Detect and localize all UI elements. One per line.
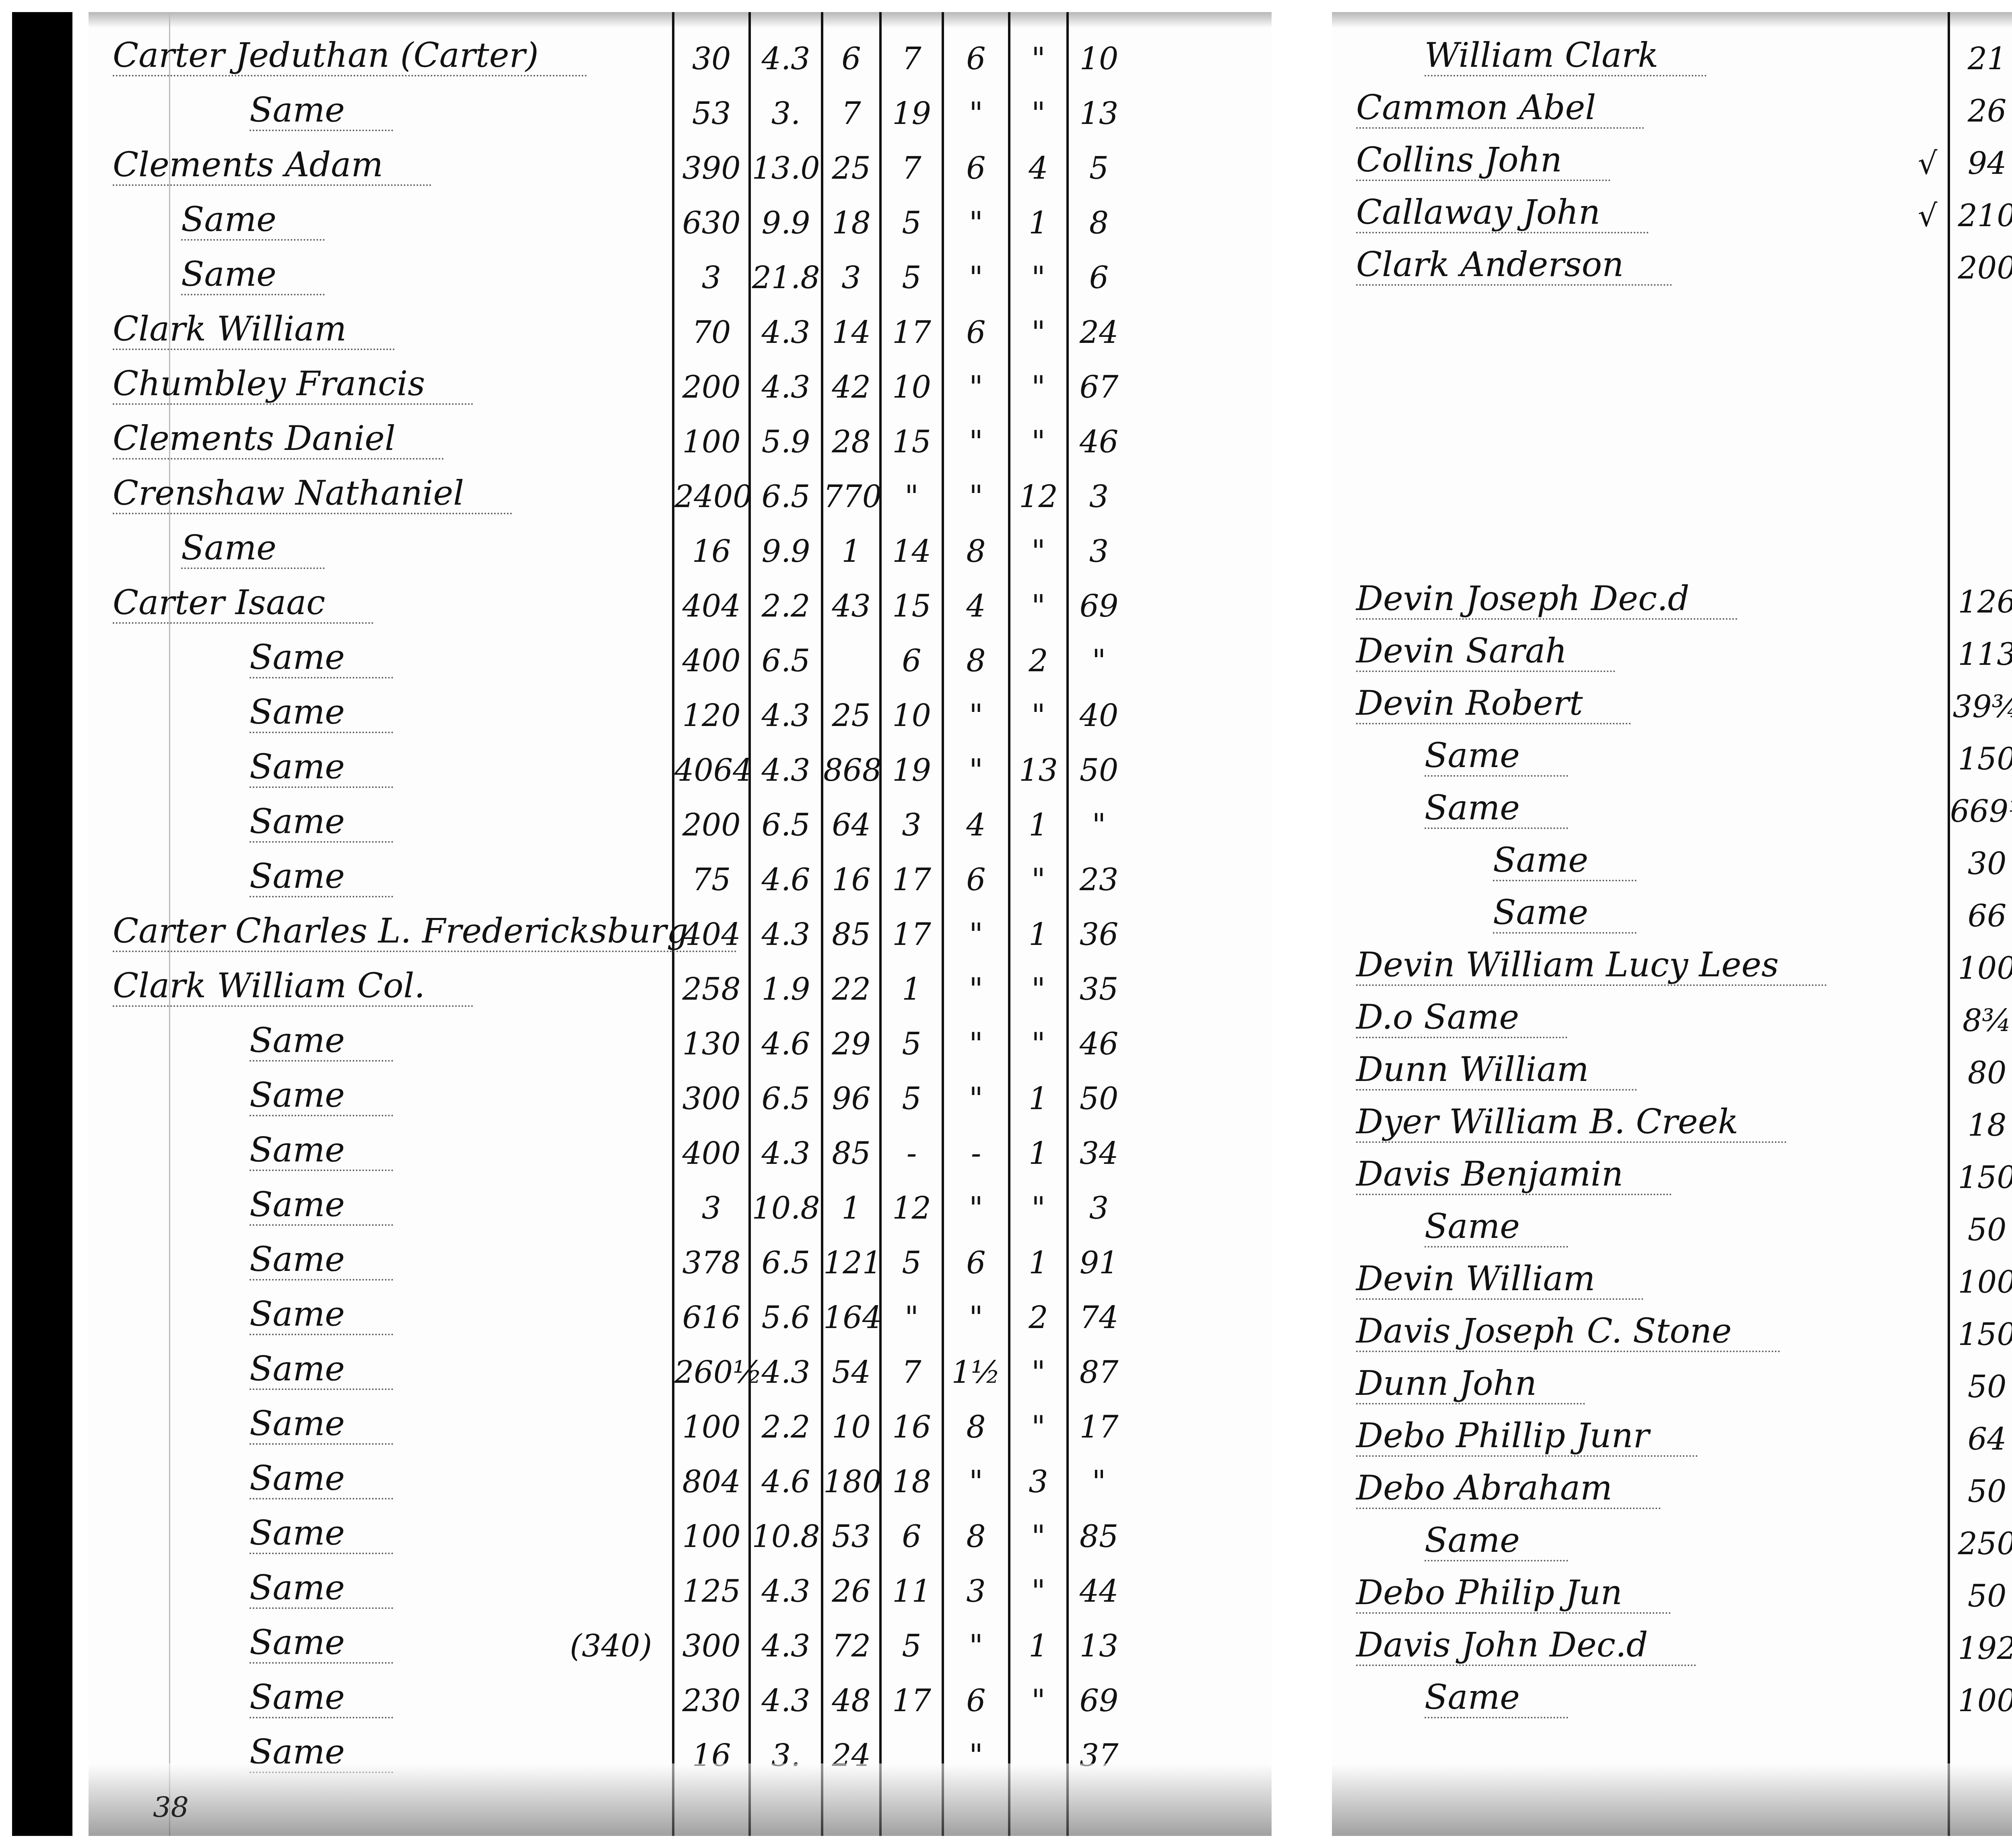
ledger-cell: " bbox=[1010, 1354, 1066, 1390]
ledger-cell: " bbox=[1010, 862, 1066, 897]
ledger-cell: 5 bbox=[882, 1245, 942, 1281]
ledger-cell: " bbox=[1010, 1409, 1066, 1445]
ledger-cell: 53 bbox=[674, 95, 748, 131]
ledger-cell: 2400 bbox=[674, 479, 748, 514]
ledger-cell: 50 bbox=[1950, 1473, 2012, 1509]
ledger-cell: 19 bbox=[882, 752, 942, 788]
entry-name: Chumbley Francis bbox=[113, 364, 473, 405]
ledger-cell: 6.5 bbox=[751, 1245, 821, 1281]
ledger-cell: 13 bbox=[1069, 1628, 1129, 1664]
ledger-cell: 3 bbox=[674, 1190, 748, 1226]
ledger-cell: 34 bbox=[1069, 1135, 1129, 1171]
ledger-cell: 250 bbox=[1950, 1526, 2012, 1561]
ledger-cell: 85 bbox=[823, 916, 879, 952]
ledger-row: Clark William Col.2581.9221""35 bbox=[89, 959, 1272, 1011]
entry-name: Debo Philip Jun bbox=[1356, 1573, 1671, 1614]
ledger-cell: " bbox=[1069, 1464, 1129, 1499]
entry-name: Same bbox=[181, 200, 325, 241]
entry-name: Clements Daniel bbox=[113, 419, 444, 460]
ledger-cell: 17 bbox=[882, 862, 942, 897]
ledger-cell: 39¾ bbox=[1950, 689, 2012, 724]
ledger-row: Same1002.210168"17 bbox=[89, 1396, 1272, 1449]
ledger-cell: 25 bbox=[823, 697, 879, 733]
ledger-cell: 46 bbox=[1069, 1026, 1129, 1062]
entry-name: Carter Isaac bbox=[113, 583, 373, 624]
ledger-row: D.o Same8¾3.163"2 bbox=[1332, 990, 2012, 1042]
ledger-row: Same504.310126"17 bbox=[1332, 1199, 2012, 1252]
entry-name: Carter Jeduthan (Carter) bbox=[113, 35, 587, 76]
ledger-cell: 19 bbox=[882, 95, 942, 131]
ledger-cell: " bbox=[944, 1026, 1008, 1062]
ledger-cell: 35 bbox=[1069, 971, 1129, 1007]
ledger-cell: 22 bbox=[823, 971, 879, 1007]
ledger-cell: 53 bbox=[823, 1518, 879, 1554]
ledger-cell: 200 bbox=[674, 369, 748, 405]
ledger-row: Same310.8112""3 bbox=[89, 1178, 1272, 1230]
entry-name: Cammon Abel bbox=[1356, 88, 1644, 129]
ledger-cell: 17 bbox=[882, 916, 942, 952]
ledger-row: Same664.314"6"21 bbox=[1332, 885, 2012, 938]
ledger-cell: 4.3 bbox=[751, 314, 821, 350]
ledger-row: Chumbley Francis2004.34210""67 bbox=[89, 357, 1272, 409]
ledger-cell: 125 bbox=[674, 1573, 748, 1609]
ledger-cell: 16 bbox=[674, 533, 748, 569]
ledger-cell: 1 bbox=[882, 971, 942, 1007]
ledger-cell: 200 bbox=[674, 807, 748, 843]
ledger-cell: 4.3 bbox=[751, 1573, 821, 1609]
entry-name: Devin Robert bbox=[1356, 683, 1631, 724]
entry-name: Same bbox=[249, 1021, 393, 1062]
ledger-cell: 4.3 bbox=[751, 1135, 821, 1171]
ledger-row: Same2504.35326"84 bbox=[1332, 1513, 2012, 1565]
ledger-row: Same669½9.97910712 bbox=[1332, 781, 2012, 833]
ledger-cell: 230 bbox=[674, 1683, 748, 1718]
ledger-cell: 54 bbox=[823, 1354, 879, 1390]
ledger-cell: 390 bbox=[674, 150, 748, 186]
ledger-page-right: William Clark212.2256"3Cammon Abel262.22… bbox=[1332, 12, 2012, 1836]
ledger-cell: 6 bbox=[823, 41, 879, 76]
entry-name: Dyer William B. Creek bbox=[1356, 1102, 1787, 1143]
ledger-cell: 10 bbox=[882, 369, 942, 405]
ledger-cell: " bbox=[1010, 314, 1066, 350]
ledger-cell: 100 bbox=[674, 1409, 748, 1445]
ledger-cell: 13.0 bbox=[751, 150, 821, 186]
ledger-cell: 85 bbox=[823, 1135, 879, 1171]
entry-name: Same bbox=[249, 90, 393, 131]
ledger-cell: 1 bbox=[1010, 916, 1066, 952]
entry-name: Carter Charles L. Fredericksburg bbox=[113, 911, 737, 952]
ledger-cell: 400 bbox=[674, 643, 748, 679]
ledger-cell: 5 bbox=[1069, 150, 1129, 186]
ledger-cell: 868 bbox=[823, 752, 879, 788]
ledger-cell: 7 bbox=[882, 1354, 942, 1390]
ledger-cell: 10 bbox=[882, 697, 942, 733]
ledger-row: Same533.719""13 bbox=[89, 83, 1272, 135]
ledger-cell: 192 bbox=[1950, 1630, 2012, 1666]
ledger-cell: 8 bbox=[944, 643, 1008, 679]
ledger-cell: " bbox=[1069, 807, 1129, 843]
ledger-row: Debo Philip Jun504.310126"17 bbox=[1332, 1565, 2012, 1618]
ledger-cell: 6 bbox=[1069, 260, 1129, 295]
ledger-cell: 4.3 bbox=[751, 752, 821, 788]
ledger-cell: 13 bbox=[1069, 95, 1129, 131]
ledger-cell: 4.3 bbox=[751, 369, 821, 405]
ledger-row: Same754.616176"23 bbox=[89, 849, 1272, 901]
entry-name: Debo Phillip Junr bbox=[1356, 1416, 1698, 1457]
ledger-cell: 3 bbox=[1069, 1190, 1129, 1226]
ledger-cell: - bbox=[882, 1135, 942, 1171]
ledger-cell: 64 bbox=[1950, 1421, 2012, 1457]
entry-name: Davis John Dec.d bbox=[1356, 1625, 1696, 1666]
ledger-cell: " bbox=[944, 95, 1008, 131]
ledger-cell: 5 bbox=[882, 1081, 942, 1116]
ledger-cell: 3 bbox=[674, 260, 748, 295]
entry-name: Same bbox=[1424, 736, 1568, 777]
ledger-cell: " bbox=[1010, 697, 1066, 733]
entry-name: Same bbox=[249, 637, 393, 679]
ledger-cell: 44 bbox=[1069, 1573, 1129, 1609]
ledger-cell: 30 bbox=[1950, 846, 2012, 881]
ledger-row: Same1304.6295""46 bbox=[89, 1013, 1272, 1066]
ledger-cell: 130 bbox=[674, 1026, 748, 1062]
ledger-row: Collins John√944.319198"32 bbox=[1332, 133, 2012, 185]
ledger-row: Crenshaw Nathaniel24006.5770""123 bbox=[89, 466, 1272, 518]
ledger-cell: 10.8 bbox=[751, 1190, 821, 1226]
ledger-cell: 2.2 bbox=[751, 588, 821, 624]
ledger-cell: 91 bbox=[1069, 1245, 1129, 1281]
ledger-cell: 72 bbox=[823, 1628, 879, 1664]
ledger-cell: " bbox=[1010, 1518, 1066, 1554]
ledger-cell: 17 bbox=[882, 314, 942, 350]
ledger-cell: 6 bbox=[944, 41, 1008, 76]
ledger-cell: 21 bbox=[1950, 41, 2012, 76]
ledger-cell: 87 bbox=[1069, 1354, 1129, 1390]
ledger-cell: 18 bbox=[1950, 1107, 2012, 1143]
ledger-cell: 7 bbox=[823, 95, 879, 131]
ledger-cell: " bbox=[944, 1190, 1008, 1226]
ledger-row: Same10010.85368"85 bbox=[89, 1506, 1272, 1558]
ledger-cell: 120 bbox=[674, 697, 748, 733]
ledger-cell: 75 bbox=[674, 862, 748, 897]
ledger-row: Dunn John504.310126"17 bbox=[1332, 1356, 2012, 1409]
ledger-row: Debo Phillip Junr642.26188"11 bbox=[1332, 1409, 2012, 1461]
ledger-cell: 66 bbox=[1950, 898, 2012, 934]
entry-name: Same bbox=[1424, 1520, 1568, 1561]
ledger-cell: 43 bbox=[823, 588, 879, 624]
ledger-row: Same1204.32510""40 bbox=[89, 685, 1272, 737]
ledger-cell: 4 bbox=[944, 588, 1008, 624]
ledger-cell: 3 bbox=[944, 1573, 1008, 1609]
ledger-row: Callaway John√2103.335"""54 bbox=[1332, 185, 2012, 237]
entry-name: Same bbox=[249, 856, 393, 897]
ledger-cell: 4.6 bbox=[751, 862, 821, 897]
ledger-cell: " bbox=[944, 971, 1008, 1007]
ledger-cell: 4.3 bbox=[751, 1683, 821, 1718]
ledger-cell: 4064 bbox=[674, 752, 748, 788]
ledger-cell: 100 bbox=[674, 424, 748, 460]
ledger-cell: " bbox=[1010, 588, 1066, 624]
ledger-cell: 113 bbox=[1950, 636, 2012, 672]
entry-name: Same bbox=[249, 692, 393, 733]
ledger-cell: 669½ bbox=[1950, 793, 2012, 829]
ledger-row: Same6165.6164""274 bbox=[89, 1287, 1272, 1339]
scan-border-left bbox=[12, 12, 72, 1836]
ledger-cell: 70 bbox=[674, 314, 748, 350]
ledger-cell: 26 bbox=[823, 1573, 879, 1609]
ledger-cell: 15 bbox=[882, 424, 942, 460]
ledger-cell: 4 bbox=[944, 807, 1008, 843]
ledger-cell: 5 bbox=[882, 205, 942, 241]
ledger-cell: 300 bbox=[674, 1628, 748, 1664]
ledger-cell: 96 bbox=[823, 1081, 879, 1116]
ledger-cell: 378 bbox=[674, 1245, 748, 1281]
ledger-row: Devin Joseph Dec.d1269.91313""22 bbox=[1332, 571, 2012, 624]
ledger-cell: 8 bbox=[1069, 205, 1129, 241]
entry-name: Same bbox=[249, 1130, 393, 1171]
page-footer-mark: 38 bbox=[153, 1791, 189, 1824]
ledger-cell: 12 bbox=[1010, 479, 1066, 514]
ledger-cell: 5 bbox=[882, 260, 942, 295]
ledger-row: Same1509.9165""25 bbox=[1332, 728, 2012, 781]
ledger-cell: 6 bbox=[944, 314, 1008, 350]
entry-name: Dunn John bbox=[1356, 1363, 1585, 1405]
ledger-cell: 94 bbox=[1950, 145, 2012, 181]
entry-name: Same bbox=[249, 1075, 393, 1116]
ledger-cell: 74 bbox=[1069, 1299, 1129, 1335]
entry-name: Same bbox=[249, 802, 393, 843]
ledger-cell: 46 bbox=[1069, 424, 1129, 460]
ledger-cell: 1 bbox=[1010, 1135, 1066, 1171]
ledger-row: Same260½4.35471½"87 bbox=[89, 1342, 1272, 1394]
ledger-cell: 150 bbox=[1950, 1316, 2012, 1352]
ledger-row: Davis Joseph C. Stone1504.331176"50 bbox=[1332, 1304, 2012, 1356]
margin-note: (340) bbox=[570, 1628, 652, 1664]
entry-name: D.o Same bbox=[1356, 997, 1567, 1038]
ledger-row: Same2006.564341" bbox=[89, 794, 1272, 847]
ledger-cell: 29 bbox=[823, 1026, 879, 1062]
entry-name: Devin Joseph Dec.d bbox=[1356, 579, 1738, 620]
ledger-cell: 9.9 bbox=[751, 533, 821, 569]
ledger-cell: " bbox=[944, 260, 1008, 295]
ledger-cell: 770 bbox=[823, 479, 879, 514]
ledger-cell: 42 bbox=[823, 369, 879, 405]
ledger-cell: " bbox=[944, 424, 1008, 460]
ledger-cell: 100 bbox=[674, 1518, 748, 1554]
ledger-cell: 4.3 bbox=[751, 916, 821, 952]
ledger-row: Same169.91148"3 bbox=[89, 521, 1272, 573]
entry-name: Clark William Col. bbox=[113, 966, 473, 1007]
ledger-cell: 100 bbox=[1950, 950, 2012, 986]
ledger-cell: 3 bbox=[823, 260, 879, 295]
entry-name: Debo Abraham bbox=[1356, 1468, 1661, 1509]
entry-name: Same bbox=[249, 747, 393, 788]
entry-name: Same bbox=[249, 1349, 393, 1390]
entry-name: Same bbox=[181, 254, 325, 295]
page-top-shadow bbox=[1332, 12, 2012, 28]
ledger-cell: 8 bbox=[944, 1518, 1008, 1554]
ledger-cell: 21.8 bbox=[751, 260, 821, 295]
ledger-cell: - bbox=[944, 1135, 1008, 1171]
entry-name: Same bbox=[249, 1185, 393, 1226]
ledger-cell: 4.3 bbox=[751, 697, 821, 733]
ledger-row: Same8044.618018"3" bbox=[89, 1451, 1272, 1504]
entry-name: Clark William bbox=[113, 309, 395, 350]
ledger-cell: 4 bbox=[1010, 150, 1066, 186]
ledger-cell: " bbox=[944, 369, 1008, 405]
ledger-cell: 6.5 bbox=[751, 479, 821, 514]
ledger-cell: 69 bbox=[1069, 1683, 1129, 1718]
ledger-cell: 8¾ bbox=[1950, 1002, 2012, 1038]
ledger-cell: 3 bbox=[1069, 533, 1129, 569]
ledger-cell: 150 bbox=[1950, 741, 2012, 777]
ledger-row: Carter Charles L. Fredericksburg4044.385… bbox=[89, 904, 1272, 956]
ledger-cell: 630 bbox=[674, 205, 748, 241]
ledger-row: Clements Daniel1005.92815""46 bbox=[89, 411, 1272, 464]
entry-name: Same bbox=[249, 1294, 393, 1335]
ledger-cell: 14 bbox=[882, 533, 942, 569]
entry-name: Same bbox=[181, 528, 325, 569]
ledger-cell: 25 bbox=[823, 150, 879, 186]
ledger-row: Same4006.5682" bbox=[89, 630, 1272, 683]
ledger-cell: 4.6 bbox=[751, 1464, 821, 1499]
check-mark: √ bbox=[1918, 145, 1937, 181]
ledger-cell: 4.3 bbox=[751, 1354, 821, 1390]
ledger-cell: 11 bbox=[882, 1573, 942, 1609]
entry-name: Dunn William bbox=[1356, 1050, 1637, 1091]
ledger-cell: 6 bbox=[944, 1683, 1008, 1718]
ledger-cell: 10 bbox=[1069, 41, 1129, 76]
entry-name: Same bbox=[1493, 840, 1637, 881]
ledger-cell: 404 bbox=[674, 916, 748, 952]
ledger-row: Same40644.386819"1350 bbox=[89, 740, 1272, 792]
ledger-cell: 804 bbox=[674, 1464, 748, 1499]
ledger-cell: 1 bbox=[1010, 807, 1066, 843]
entry-name: William Clark bbox=[1424, 35, 1707, 76]
ledger-row: Same6309.9185"18 bbox=[89, 192, 1272, 245]
ledger-cell: 16 bbox=[823, 862, 879, 897]
entry-name: Same bbox=[249, 1568, 393, 1609]
ledger-row: Clements Adam39013.0257645 bbox=[89, 138, 1272, 190]
ledger-cell: " bbox=[1010, 41, 1066, 76]
ledger-cell: " bbox=[1010, 1026, 1066, 1062]
ledger-cell: 48 bbox=[823, 1683, 879, 1718]
entry-name: Devin William Lucy Lees bbox=[1356, 945, 1827, 986]
ledger-cell: 100 bbox=[1950, 1264, 2012, 1300]
ledger-cell: 1.9 bbox=[751, 971, 821, 1007]
ledger-cell: 164 bbox=[823, 1299, 879, 1335]
ledger-cell: 23 bbox=[1069, 862, 1129, 897]
ledger-cell: " bbox=[1010, 369, 1066, 405]
entry-name: Devin Sarah bbox=[1356, 631, 1615, 672]
ledger-cell: 1 bbox=[823, 533, 879, 569]
entry-name: Clements Adam bbox=[113, 145, 431, 186]
ledger-cell: " bbox=[944, 697, 1008, 733]
ledger-cell: " bbox=[1010, 1683, 1066, 1718]
check-mark: √ bbox=[1918, 198, 1937, 233]
ledger-cell: " bbox=[944, 1299, 1008, 1335]
page-top-shadow bbox=[89, 12, 1272, 28]
ledger-cell: " bbox=[1010, 533, 1066, 569]
ledger-cell: 4.6 bbox=[751, 1026, 821, 1062]
ledger-cell: 1 bbox=[1010, 1081, 1066, 1116]
ledger-cell: 1 bbox=[1010, 205, 1066, 241]
entry-name: Devin William bbox=[1356, 1259, 1643, 1300]
ledger-cell: 8 bbox=[944, 1409, 1008, 1445]
ledger-cell: 1 bbox=[1010, 1628, 1066, 1664]
ledger-cell: " bbox=[1010, 95, 1066, 131]
ledger-cell: 6 bbox=[882, 1518, 942, 1554]
ledger-cell: 17 bbox=[1069, 1409, 1129, 1445]
entry-name: Same bbox=[1424, 1677, 1568, 1718]
ledger-cell: 3. bbox=[751, 95, 821, 131]
ledger-cell: " bbox=[944, 752, 1008, 788]
ledger-cell: 64 bbox=[823, 807, 879, 843]
entry-name: Callaway John bbox=[1356, 192, 1649, 233]
entry-name: Same bbox=[249, 1404, 393, 1445]
ledger-row: Devin William1004.3215""34 bbox=[1332, 1252, 2012, 1304]
ledger-cell: 7 bbox=[882, 41, 942, 76]
ledger-cell: 28 bbox=[823, 424, 879, 460]
entry-name: Same bbox=[249, 1240, 393, 1281]
ledger-row: William Clark212.2256"3 bbox=[1332, 28, 2012, 80]
ledger-cell: " bbox=[1010, 1573, 1066, 1609]
ledger-cell: 5 bbox=[882, 1628, 942, 1664]
ledger-cell: 26 bbox=[1950, 93, 2012, 129]
entry-name: Same bbox=[1424, 1207, 1568, 1248]
ledger-cell: 16 bbox=[882, 1409, 942, 1445]
ledger-cell: " bbox=[944, 205, 1008, 241]
ledger-cell: 616 bbox=[674, 1299, 748, 1335]
ledger-row: Same3006.5965"150 bbox=[89, 1068, 1272, 1120]
ledger-cell: 50 bbox=[1069, 1081, 1129, 1116]
ledger-row: Carter Jeduthan (Carter)304.3676"10 bbox=[89, 28, 1272, 80]
ledger-cell: " bbox=[944, 1464, 1008, 1499]
ledger-row: Same(340)3004.3725"113 bbox=[89, 1615, 1272, 1668]
ledger-cell: " bbox=[1010, 1190, 1066, 1226]
ledger-cell: " bbox=[1069, 643, 1129, 679]
ledger-cell: " bbox=[882, 479, 942, 514]
ledger-cell: 5.9 bbox=[751, 424, 821, 460]
ledger-row: Dunn William803.12"""18 bbox=[1332, 1042, 2012, 1095]
ledger-cell: 24 bbox=[1069, 314, 1129, 350]
ledger-row: Devin Robert39¾4.3692¼"11 bbox=[1332, 676, 2012, 728]
ledger-cell: " bbox=[944, 1081, 1008, 1116]
ledger-cell: 4.3 bbox=[751, 41, 821, 76]
entry-name: Clark Anderson bbox=[1356, 245, 1672, 286]
ledger-row: Same3786.512156191 bbox=[89, 1232, 1272, 1285]
ledger-cell: 4.3 bbox=[751, 1628, 821, 1664]
page-bottom-shadow bbox=[1332, 1763, 2012, 1836]
ledger-row: Carter Isaac4042.243154"69 bbox=[89, 575, 1272, 628]
ledger-cell: 50 bbox=[1950, 1212, 2012, 1248]
ledger-cell: 258 bbox=[674, 971, 748, 1007]
ledger-cell: 3 bbox=[1010, 1464, 1066, 1499]
ledger-row: Cammon Abel262.22169"4 bbox=[1332, 80, 2012, 133]
ledger-page-left: Carter Jeduthan (Carter)304.3676"10Same5… bbox=[89, 12, 1272, 1836]
ledger-row: Same303.410""7 bbox=[1332, 833, 2012, 885]
entry-name: Crenshaw Nathaniel bbox=[113, 473, 512, 514]
ledger-cell: 1 bbox=[823, 1190, 879, 1226]
ledger-cell: 67 bbox=[1069, 369, 1129, 405]
ledger-cell: 80 bbox=[1950, 1055, 2012, 1091]
entry-name: Collins John bbox=[1356, 140, 1610, 181]
entry-name: Same bbox=[249, 1513, 393, 1554]
ledger-cell: " bbox=[944, 479, 1008, 514]
ledger-cell: 17 bbox=[882, 1683, 942, 1718]
ledger-cell: 6.5 bbox=[751, 1081, 821, 1116]
ledger-row: Same1004.3215""34 bbox=[1332, 1670, 2012, 1722]
ledger-cell: 3 bbox=[882, 807, 942, 843]
